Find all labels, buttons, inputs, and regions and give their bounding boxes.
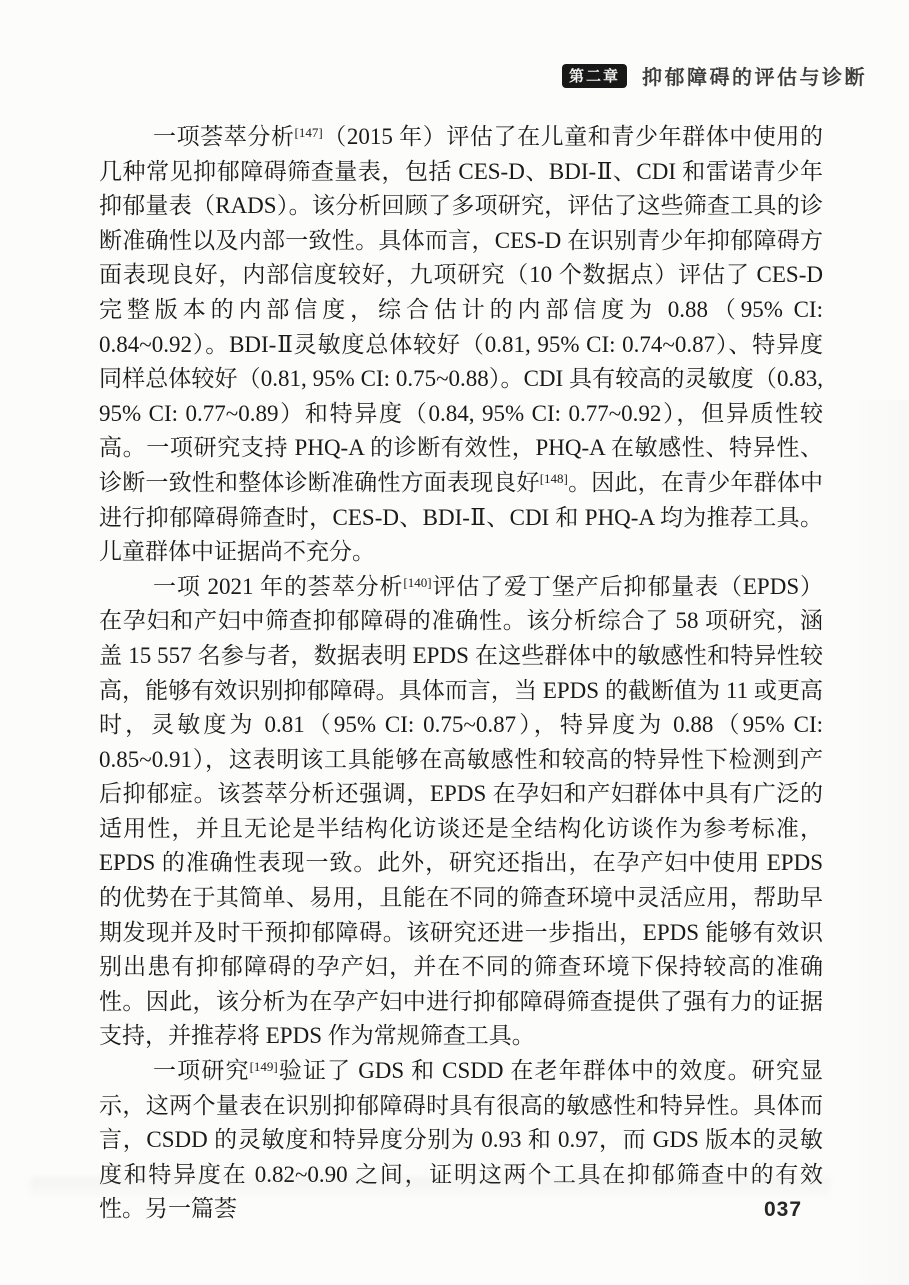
- paragraph: 一项 2021 年的荟萃分析[140]评估了爱丁堡产后抑郁量表（EPDS）在孕妇…: [99, 570, 823, 1054]
- reference-superscript: [149]: [250, 1059, 278, 1074]
- running-header: 第二章 抑郁障碍的评估与诊断: [562, 61, 867, 90]
- scan-artifact-right: [849, 400, 909, 1285]
- chapter-badge: 第二章: [562, 64, 627, 88]
- reference-superscript: [140]: [403, 575, 431, 590]
- paragraph: 一项荟萃分析[147]（2015 年）评估了在儿童和青少年群体中使用的几种常见抑…: [99, 120, 823, 570]
- book-page: 第二章 抑郁障碍的评估与诊断 一项荟萃分析[147]（2015 年）评估了在儿童…: [0, 0, 909, 1285]
- text-run: 评估了爱丁堡产后抑郁量表（EPDS）在孕妇和产妇中筛查抑郁障碍的准确性。该分析综…: [99, 574, 823, 1049]
- paragraph: 一项研究[149]验证了 GDS 和 CSDD 在老年群体中的效度。研究显示，这…: [99, 1054, 823, 1227]
- text-run: 一项 2021 年的荟萃分析: [153, 574, 403, 599]
- reference-superscript: [147]: [295, 125, 323, 140]
- reference-superscript: [148]: [540, 471, 568, 486]
- page-number: 037: [764, 1198, 802, 1222]
- text-run: 一项荟萃分析: [153, 124, 294, 149]
- text-run: （2015 年）评估了在儿童和青少年群体中使用的几种常见抑郁障碍筛查量表，包括 …: [99, 124, 823, 495]
- text-run: 一项研究: [153, 1058, 250, 1083]
- chapter-title: 抑郁障碍的评估与诊断: [642, 61, 867, 90]
- body-text: 一项荟萃分析[147]（2015 年）评估了在儿童和青少年群体中使用的几种常见抑…: [99, 120, 823, 1227]
